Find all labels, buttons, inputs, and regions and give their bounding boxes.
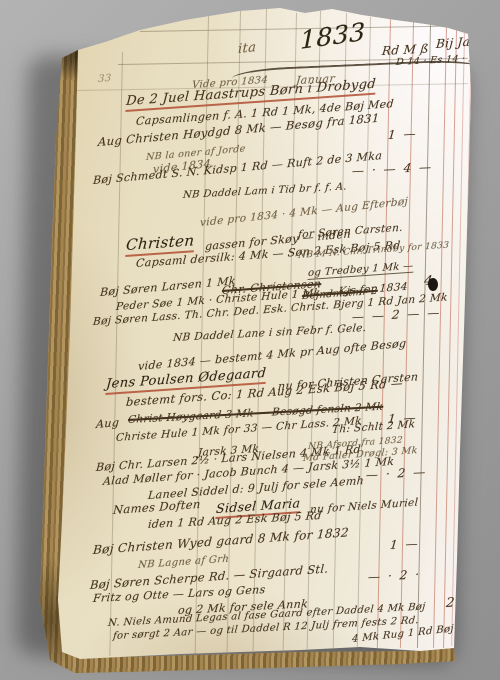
year-heading: 1833 [300,17,365,55]
ledger-photo: ita 1833 Rd M ß Bij Jan D 14 · Es 14 · N… [0,0,500,680]
ink-blot [428,278,438,291]
ledger-entry: Aug [96,416,120,431]
ink-blot [468,556,473,563]
ruled-line-red [443,30,457,648]
year-prefix: ita [238,40,257,57]
ruled-line-vertical [417,24,431,648]
ruled-line-red [458,36,472,644]
amount-entry: — · 2 · [367,567,421,584]
margin-note: 33 [98,73,112,85]
amount-entry: — · 2 — [365,465,428,482]
amount-entry: 1 — [387,126,418,142]
amount-entry: — · — 4 — [351,160,433,178]
ruled-line-red [400,22,414,648]
ruled-line-red [473,44,486,636]
ink-blot [465,586,472,591]
ledger-entry: Names Doften [113,497,202,517]
amount-entry: 1 — [389,536,420,552]
ledger-entry: NB Daddel Lam i Tid br f. f. A. [183,181,348,201]
ruled-line-red [465,40,479,640]
ledger-entry: Bøj Christen Wyed gaard 8 Mk for 1832 [93,525,350,557]
ledger-entry: og Tredbey 1 Mk — [308,261,414,280]
column-headers-date: Bij Jan [436,34,479,51]
amount-entry: 2 [445,595,457,611]
amount-entry: 1 — [387,410,418,426]
